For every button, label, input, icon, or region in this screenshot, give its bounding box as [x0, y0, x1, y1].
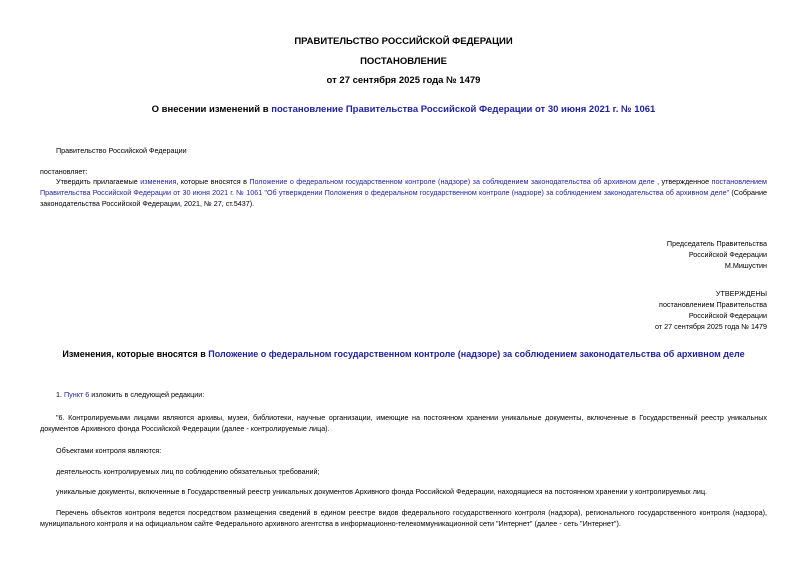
title-prefix: О внесении изменений в	[152, 104, 272, 115]
title-link[interactable]: постановление Правительства Российской Ф…	[271, 104, 655, 115]
date-number-heading: от 27 сентября 2025 года № 1479	[0, 75, 807, 86]
approval-by: постановлением Правительства	[500, 299, 767, 310]
document-title: О внесении изменений в постановление Пра…	[0, 104, 807, 115]
objects-list-paragraph: Перечень объектов контроля ведется посре…	[40, 507, 767, 529]
item1-text: изложить в следующей редакции:	[89, 390, 204, 399]
changes-title-prefix: Изменения, которые вносятся в	[62, 349, 208, 359]
changes-title: Изменения, которые вносятся в Положение …	[0, 349, 807, 359]
signature-position: Председатель Правительства	[500, 238, 767, 249]
regulation-link[interactable]: Положение о федеральном государственном …	[249, 177, 654, 186]
p1-text-c: , утвержденное	[655, 177, 712, 186]
signature-name: М.Мишустин	[500, 260, 767, 271]
item-1: 1. Пункт 6 изложить в следующей редакции…	[56, 389, 204, 400]
issuer-text: Правительство Российской Федерации	[56, 145, 187, 156]
objects-heading: Объектами контроля являются:	[56, 445, 161, 456]
changes-link[interactable]: изменения	[140, 177, 176, 186]
approval-date: от 27 сентября 2025 года № 1479	[500, 321, 767, 332]
resolution-paragraph: Утвердить прилагаемые изменения, которые…	[40, 176, 767, 209]
clause-6-link[interactable]: Пункт 6	[64, 390, 89, 399]
resolution-title-link[interactable]: "Об утверждении Положения о федеральном …	[264, 188, 729, 197]
item1-number: 1.	[56, 390, 64, 399]
clause-6-paragraph: "6. Контролируемыми лицами являются архи…	[40, 412, 767, 434]
government-heading: ПРАВИТЕЛЬСТВО РОССИЙСКОЙ ФЕДЕРАЦИИ	[0, 36, 807, 47]
doc-type-heading: ПОСТАНОВЛЕНИЕ	[0, 56, 807, 67]
object-item-1: деятельность контролируемых лиц по соблю…	[56, 466, 320, 477]
approval-block: УТВЕРЖДЕНЫ постановлением Правительства …	[500, 288, 767, 332]
approval-org: Российской Федерации	[500, 310, 767, 321]
object-item-2: уникальные документы, включенные в Госуд…	[56, 486, 707, 497]
signature-block: Председатель Правительства Российской Фе…	[500, 238, 767, 271]
signature-org: Российской Федерации	[500, 249, 767, 260]
approval-title: УТВЕРЖДЕНЫ	[500, 288, 767, 299]
p1-text-b: , которые вносятся в	[176, 177, 249, 186]
changes-title-link[interactable]: Положение о федеральном государственном …	[208, 349, 744, 359]
p1-text-a: Утвердить прилагаемые	[56, 177, 140, 186]
